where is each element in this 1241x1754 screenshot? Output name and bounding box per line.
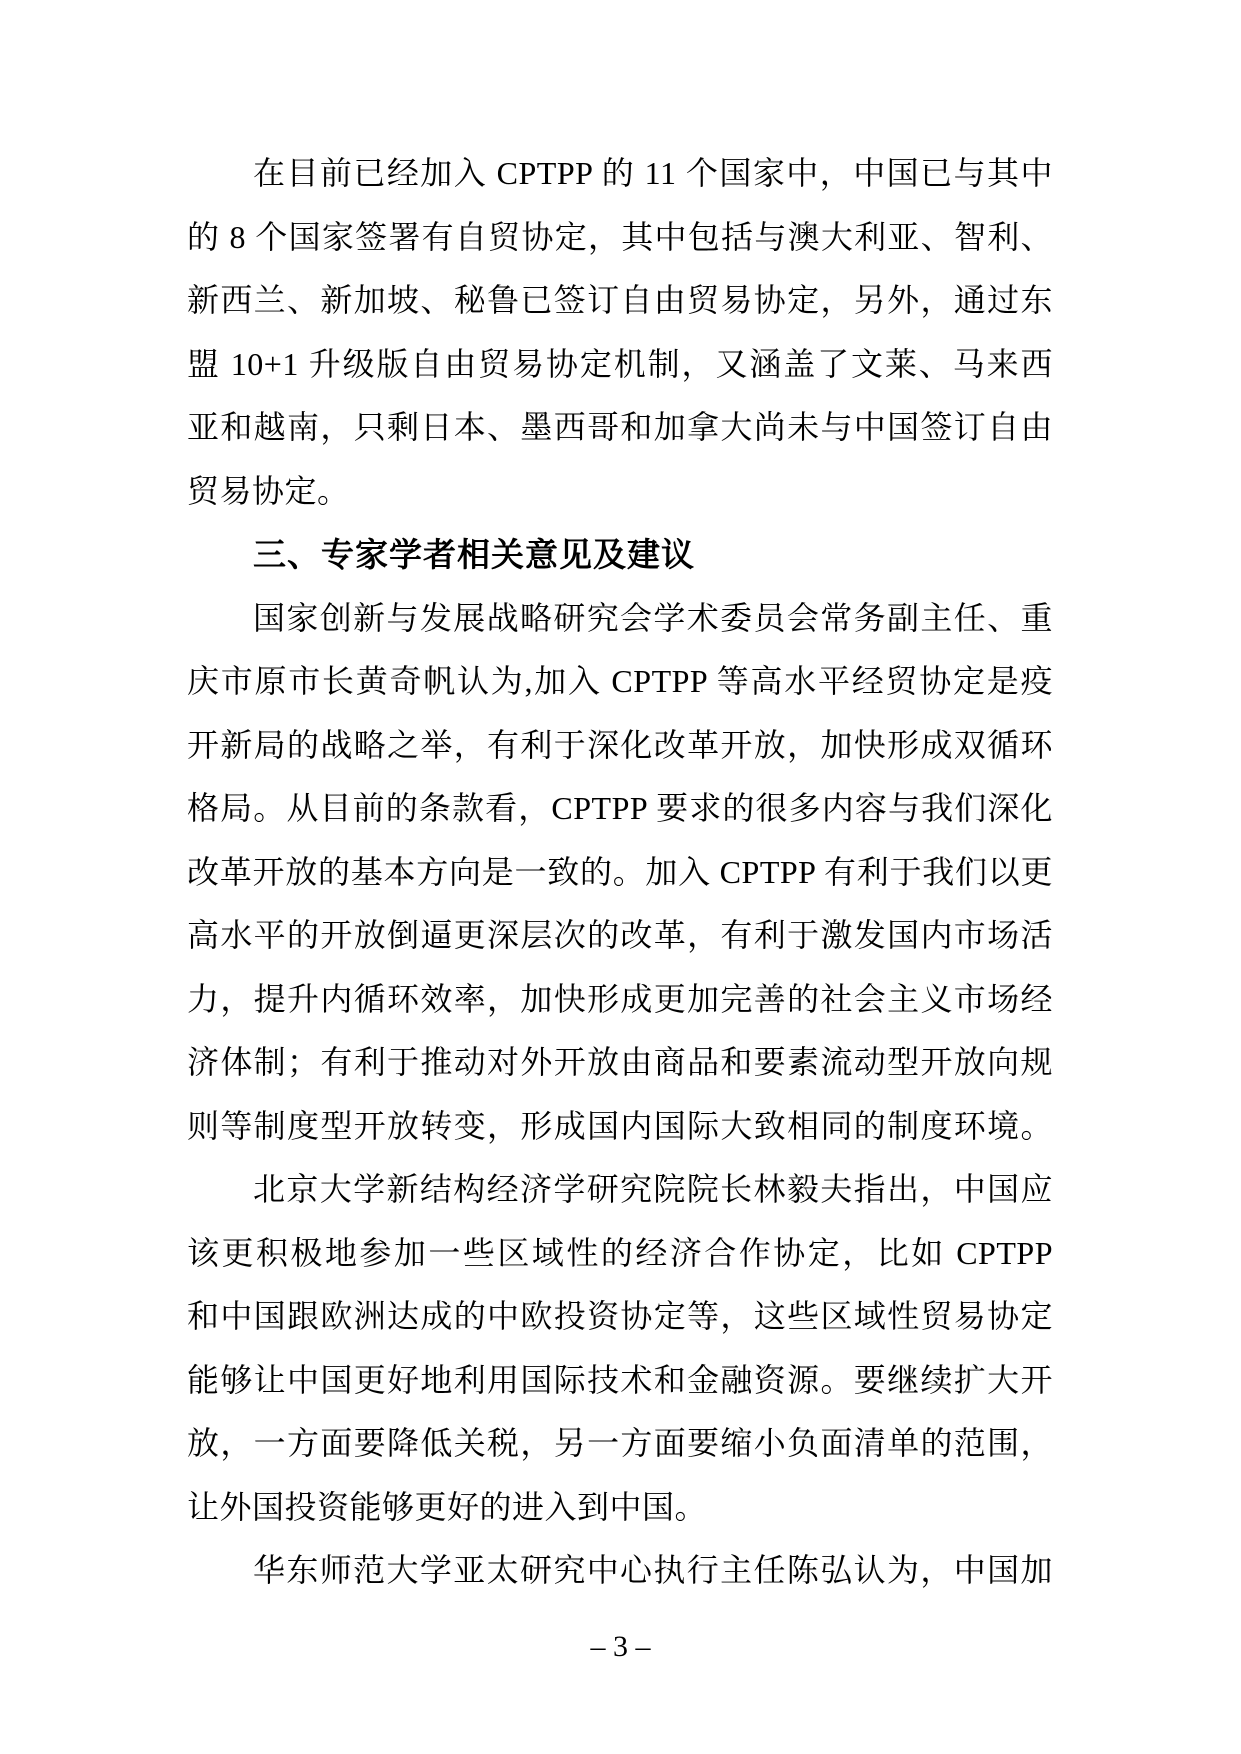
- text-line: 新西兰、新加坡、秘鲁已签订自由贸易协定，另外，通过东: [187, 269, 1053, 333]
- text-line: 国家创新与发展战略研究会学术委员会常务副主任、重: [187, 587, 1053, 651]
- text-line: 高水平的开放倒逼更深层次的改革，有利于激发国内市场活: [187, 904, 1053, 968]
- text-line: 亚和越南，只剩日本、墨西哥和加拿大尚未与中国签订自由: [187, 396, 1053, 460]
- text-line: 格局。从目前的条款看，CPTPP 要求的很多内容与我们深化: [187, 777, 1053, 841]
- text-line: 在目前已经加入 CPTPP 的 11 个国家中，中国已与其中: [187, 142, 1053, 206]
- text-line: 盟 10+1 升级版自由贸易协定机制，又涵盖了文莱、马来西: [187, 333, 1053, 397]
- text-line: 的 8 个国家签署有自贸协定，其中包括与澳大利亚、智利、: [187, 206, 1053, 270]
- section-heading: 三、专家学者相关意见及建议: [187, 523, 1053, 587]
- text-line: 和中国跟欧洲达成的中欧投资协定等，这些区域性贸易协定: [187, 1285, 1053, 1349]
- text-line: 开新局的战略之举，有利于深化改革开放，加快形成双循环: [187, 714, 1053, 778]
- document-body: 在目前已经加入 CPTPP 的 11 个国家中，中国已与其中的 8 个国家签署有…: [187, 142, 1053, 1603]
- text-line: 能够让中国更好地利用国际技术和金融资源。要继续扩大开: [187, 1349, 1053, 1413]
- text-line: 让外国投资能够更好的进入到中国。: [187, 1476, 1053, 1540]
- text-line: 庆市原市长黄奇帆认为,加入 CPTPP 等高水平经贸协定是疫: [187, 650, 1053, 714]
- text-line: 放，一方面要降低关税，另一方面要缩小负面清单的范围，: [187, 1412, 1053, 1476]
- page-number: – 3 –: [0, 1627, 1241, 1667]
- text-line: 济体制；有利于推动对外开放由商品和要素流动型开放向规: [187, 1031, 1053, 1095]
- document-page: 在目前已经加入 CPTPP 的 11 个国家中，中国已与其中的 8 个国家签署有…: [0, 0, 1241, 1754]
- text-line: 华东师范大学亚太研究中心执行主任陈弘认为，中国加: [187, 1539, 1053, 1603]
- text-line: 则等制度型开放转变，形成国内国际大致相同的制度环境。: [187, 1095, 1053, 1159]
- text-line: 北京大学新结构经济学研究院院长林毅夫指出，中国应: [187, 1158, 1053, 1222]
- text-line: 该更积极地参加一些区域性的经济合作协定，比如 CPTPP: [187, 1222, 1053, 1286]
- text-line: 贸易协定。: [187, 460, 1053, 524]
- text-line: 改革开放的基本方向是一致的。加入 CPTPP 有利于我们以更: [187, 841, 1053, 905]
- text-line: 力，提升内循环效率，加快形成更加完善的社会主义市场经: [187, 968, 1053, 1032]
